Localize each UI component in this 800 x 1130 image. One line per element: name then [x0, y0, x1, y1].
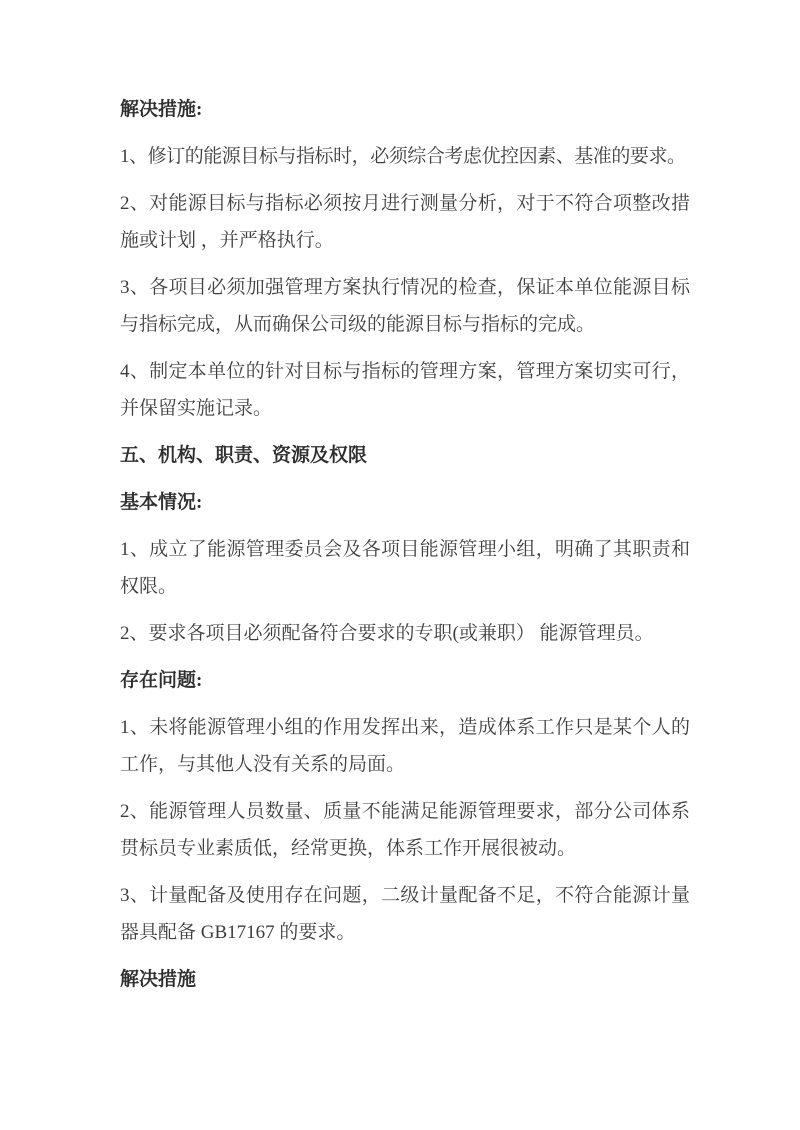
- paragraph: 1、未将能源管理小组的作用发挥出来，造成体系工作只是某个人的工作，与其他人没有关…: [120, 709, 690, 783]
- paragraph: 1、修订的能源目标与指标时，必须综合考虑优控因素、基准的要求。: [120, 138, 690, 175]
- paragraph: 3、计量配备及使用存在问题，二级计量配备不足，不符合能源计量器具配备 GB171…: [120, 877, 690, 951]
- section-heading-existing-problems: 存在问题:: [120, 662, 690, 699]
- paragraph: 3、各项目必须加强管理方案执行情况的检查，保证本单位能源目标与指标完成，从而确保…: [120, 269, 690, 343]
- section-heading-solutions-bottom: 解决措施: [120, 961, 690, 998]
- paragraph: 2、能源管理人员数量、质量不能满足能源管理要求，部分公司体系贯标员专业素质低，经…: [120, 793, 690, 867]
- document-page: 解决措施: 1、修订的能源目标与指标时，必须综合考虑优控因素、基准的要求。 2、…: [0, 0, 800, 1130]
- section-heading-solutions: 解决措施:: [120, 91, 690, 128]
- paragraph: 2、对能源目标与指标必须按月进行测量分析，对于不符合项整改措施或计划 ，并严格执…: [120, 185, 690, 259]
- paragraph: 4、制定本单位的针对目标与指标的管理方案，管理方案切实可行，并保留实施记录。: [120, 353, 690, 427]
- paragraph: 2、要求各项目必须配备符合要求的专职(或兼职） 能源管理员。: [120, 615, 690, 652]
- section-heading-chapter-five: 五、机构、职责、资源及权限: [120, 437, 690, 474]
- section-heading-basic-situation: 基本情况:: [120, 484, 690, 521]
- paragraph: 1、成立了能源管理委员会及各项目能源管理小组，明确了其职责和权限。: [120, 531, 690, 605]
